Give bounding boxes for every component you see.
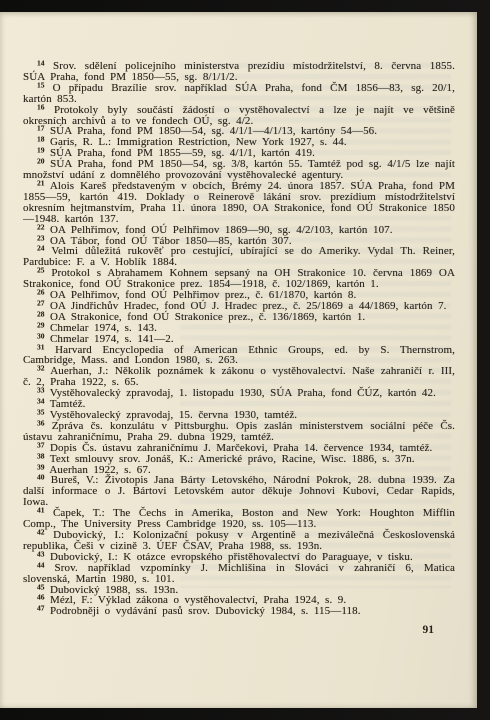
footnote-text: Podrobněji o vydávání pasů srov. Dubovic… — [50, 605, 361, 617]
footnote-text: Zpráva čs. konzulátu v Pittsburghu. Opis… — [23, 420, 455, 443]
footnote-text: Dubovický, I.: Kolonizační pokusy v Arge… — [23, 529, 455, 552]
footnote-number: 28 — [37, 309, 45, 318]
footnote-number: 23 — [37, 233, 45, 242]
footnote-item: 33 Vystěhovalecký zpravodaj, 1. listopad… — [23, 388, 455, 399]
footnote-item: 25 Protokol s Abrahamem Kohnem sepsaný n… — [23, 268, 455, 290]
footnote-number: 46 — [37, 593, 45, 602]
footnote-number: 38 — [37, 451, 45, 460]
footnote-number: 20 — [37, 157, 45, 166]
footnote-text: SÚA Praha, fond PM 1850—54, sg. 3/8, kar… — [23, 158, 455, 181]
footnote-item: 41 Čapek, T.: The Čechs in Amerika, Bost… — [23, 508, 455, 530]
footnote-number: 29 — [37, 320, 45, 329]
footnote-item: 24 Velmi důležitá rukověť pro cestující,… — [23, 246, 455, 268]
footnote-item: 36 Zpráva čs. konzulátu v Pittsburghu. O… — [23, 421, 455, 443]
book-page-photo: 14 Srov. sdělení policejního ministerstv… — [0, 0, 490, 720]
footnote-number: 41 — [37, 506, 45, 515]
footnote-item: 44 Srov. například vzpomínky J. Michliši… — [23, 563, 455, 585]
footnote-number: 26 — [37, 288, 45, 297]
footnote-number: 22 — [37, 222, 45, 231]
footnote-item: 14 Srov. sdělení policejního ministerstv… — [23, 61, 455, 83]
footnote-item: 16 Protokoly byly součástí žádostí o vys… — [23, 105, 455, 127]
footnote-text: Velmi důležitá rukověť pro cestující, ub… — [23, 245, 455, 268]
footnote-number: 39 — [37, 462, 45, 471]
footnote-text: O případu Brazílie srov. například SÚA P… — [23, 82, 455, 105]
footnote-number: 15 — [37, 80, 45, 89]
footnote-number: 36 — [37, 418, 45, 427]
footnotes-list: 14 Srov. sdělení policejního ministerstv… — [23, 61, 455, 636]
footnote-item: 20 SÚA Praha, fond PM 1850—54, sg. 3/8, … — [23, 159, 455, 181]
footnote-number: 27 — [37, 298, 45, 307]
footnote-number: 18 — [37, 135, 45, 144]
footnote-number: 35 — [37, 408, 45, 417]
footnote-number: 33 — [37, 386, 45, 395]
footnote-number: 24 — [37, 244, 45, 253]
footnote-text: Alois Kareš představeným v obcích, Brémy… — [23, 180, 455, 225]
footnote-number: 45 — [37, 582, 45, 591]
footnote-item: 15 O případu Brazílie srov. například SÚ… — [23, 83, 455, 105]
footnote-text: Srov. například vzpomínky J. Michlišina … — [23, 562, 455, 585]
footnote-text: Vystěhovalecký zpravodaj, 1. listopadu 1… — [50, 387, 436, 399]
footnote-number: 43 — [37, 549, 45, 558]
footnote-text: Srov. sdělení policejního ministerstva p… — [23, 60, 455, 83]
footnote-text: Auerhan, J.: Několik poznámek k zákonu o… — [23, 365, 455, 388]
footnote-number: 21 — [37, 178, 45, 187]
footnote-number: 31 — [37, 342, 45, 351]
footnote-number: 32 — [37, 364, 45, 373]
footnote-number: 19 — [37, 146, 45, 155]
footnote-number: 16 — [37, 102, 45, 111]
footnote-text: Bureš, V.: Životopis Jana Bárty Letovské… — [23, 474, 455, 508]
footnote-number: 30 — [37, 331, 45, 340]
footnote-item: 31 Harvard Encyclopedia of American Ethn… — [23, 345, 455, 367]
page-number: 91 — [23, 624, 455, 636]
footnote-number: 47 — [37, 604, 45, 613]
footnote-number: 34 — [37, 397, 45, 406]
footnote-number: 44 — [37, 560, 45, 569]
footnote-number: 17 — [37, 124, 45, 133]
footnote-text: Protokol s Abrahamem Kohnem sepsaný na O… — [23, 267, 455, 290]
footnote-item: 40 Bureš, V.: Životopis Jana Bárty Letov… — [23, 475, 455, 508]
footnote-item: 47 Podrobněji o vydávání pasů srov. Dubo… — [23, 606, 455, 617]
footnote-number: 14 — [37, 59, 45, 68]
footnote-text: Harvard Encyclopedia of American Ethnic … — [23, 344, 455, 367]
footnote-text: Protokoly byly součástí žádostí o vystěh… — [23, 104, 455, 127]
footnote-number: 40 — [37, 473, 45, 482]
footnote-item: 32 Auerhan, J.: Několik poznámek k zákon… — [23, 366, 455, 388]
footnote-number: 42 — [37, 527, 45, 536]
footnote-number: 25 — [37, 266, 45, 275]
footnote-number: 37 — [37, 440, 45, 449]
footnote-item: 42 Dubovický, I.: Kolonizační pokusy v A… — [23, 530, 455, 552]
footnote-text: Čapek, T.: The Čechs in Amerika, Boston … — [23, 507, 455, 530]
footnote-item: 21 Alois Kareš představeným v obcích, Br… — [23, 181, 455, 225]
book-page: 14 Srov. sdělení policejního ministerstv… — [0, 12, 477, 708]
